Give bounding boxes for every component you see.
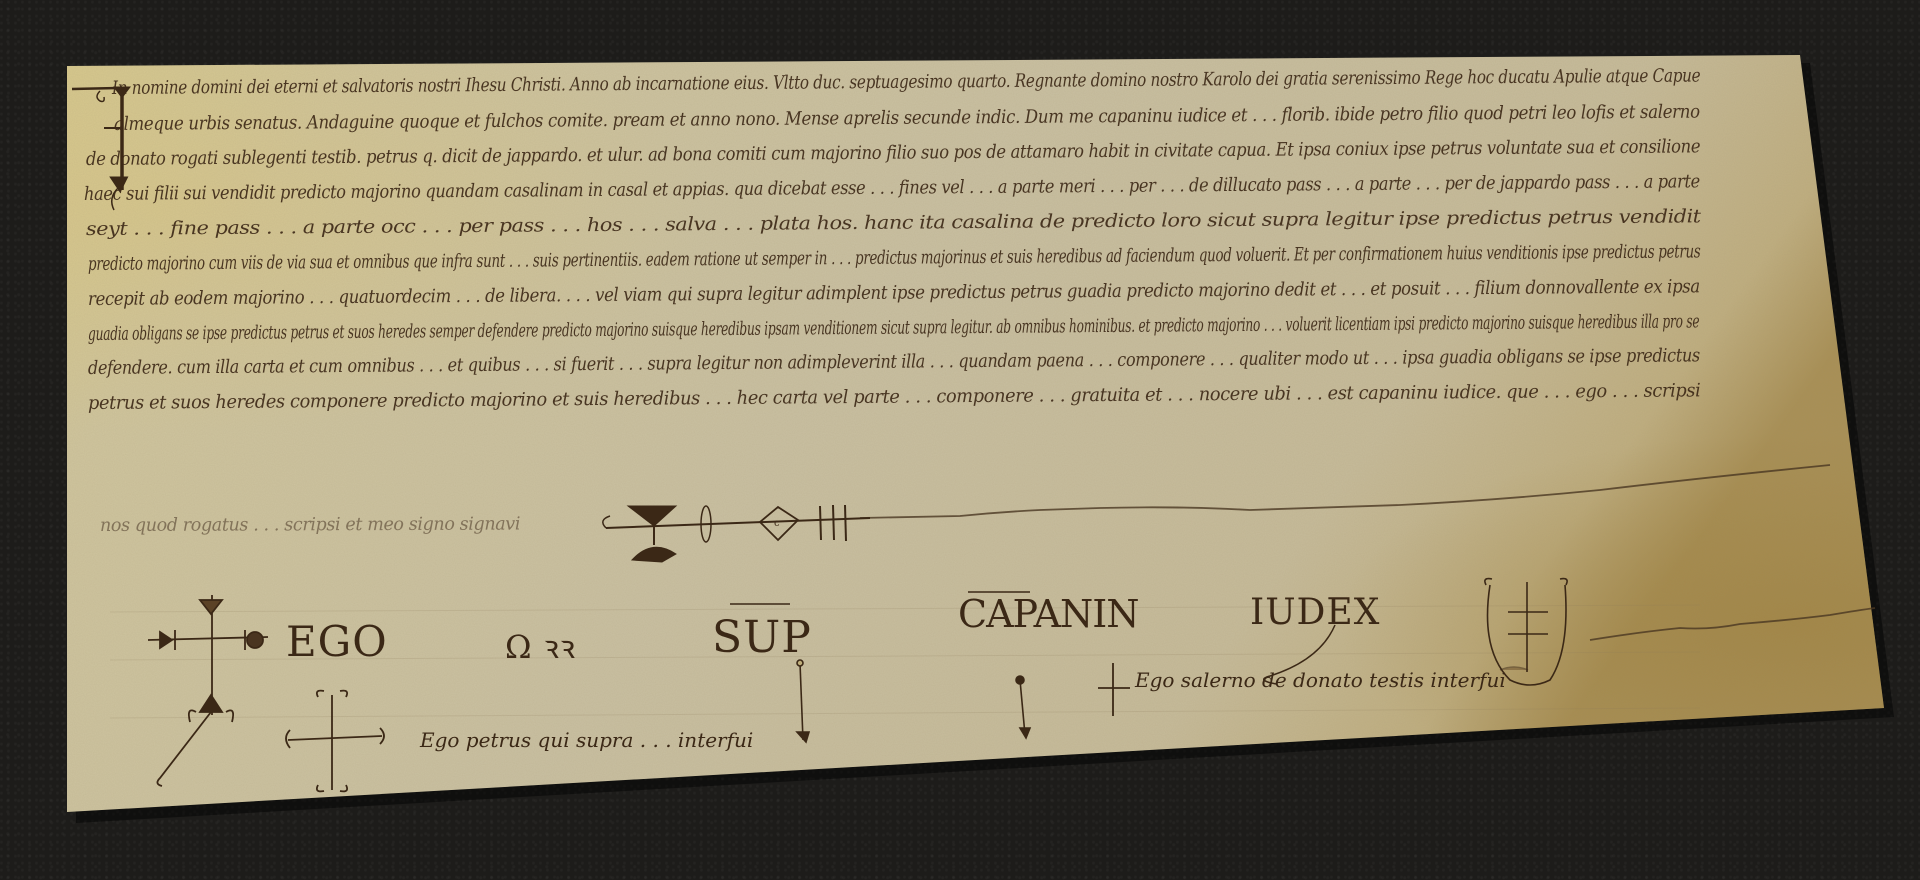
signature-ego: EGO [286,617,388,666]
text-line-8: guadia obligans se ipse predictus petrus… [88,311,1699,345]
text-line-1: In nomine domini dei eterni et salvatori… [112,66,1700,99]
witness-signature-1: Ego petrus qui supra . . . interfui [420,728,753,752]
charter-text: In nomine domini dei eterni et salvatori… [0,0,1920,880]
text-line-10: petrus et suos heredes componere predict… [88,380,1701,414]
text-line-3: de donato rogati sublegenti testib. petr… [86,136,1700,170]
signature-iudex: IUDEX [1250,592,1380,633]
signature-sub: SUP [712,612,812,663]
text-line-2: almeque urbis senatus. Andaguine quoque … [114,102,1700,135]
text-line-4: haec sui filii sui vendidit predicto maj… [84,171,1700,205]
text-line-11: nos quod rogatus . . . scripsi et meo si… [100,514,520,536]
witness-signature-2: Ego salerno de donato testis interfui [1135,668,1506,692]
signature-abbrev: Ω ꝛꝛ [505,625,576,668]
text-line-7: recepit ab eodem majorino . . . quatuord… [88,276,1700,310]
text-line-5: seyt . . . fine pass . . . a parte occ .… [86,206,1701,240]
signature-capaninu: CAPANIN [958,592,1139,636]
text-line-9: defendere. cum illa carta et cum omnibus… [88,345,1700,379]
text-line-6: predicto majorino cum viis de via sua et… [88,241,1701,275]
charter-image: c [0,0,1920,880]
